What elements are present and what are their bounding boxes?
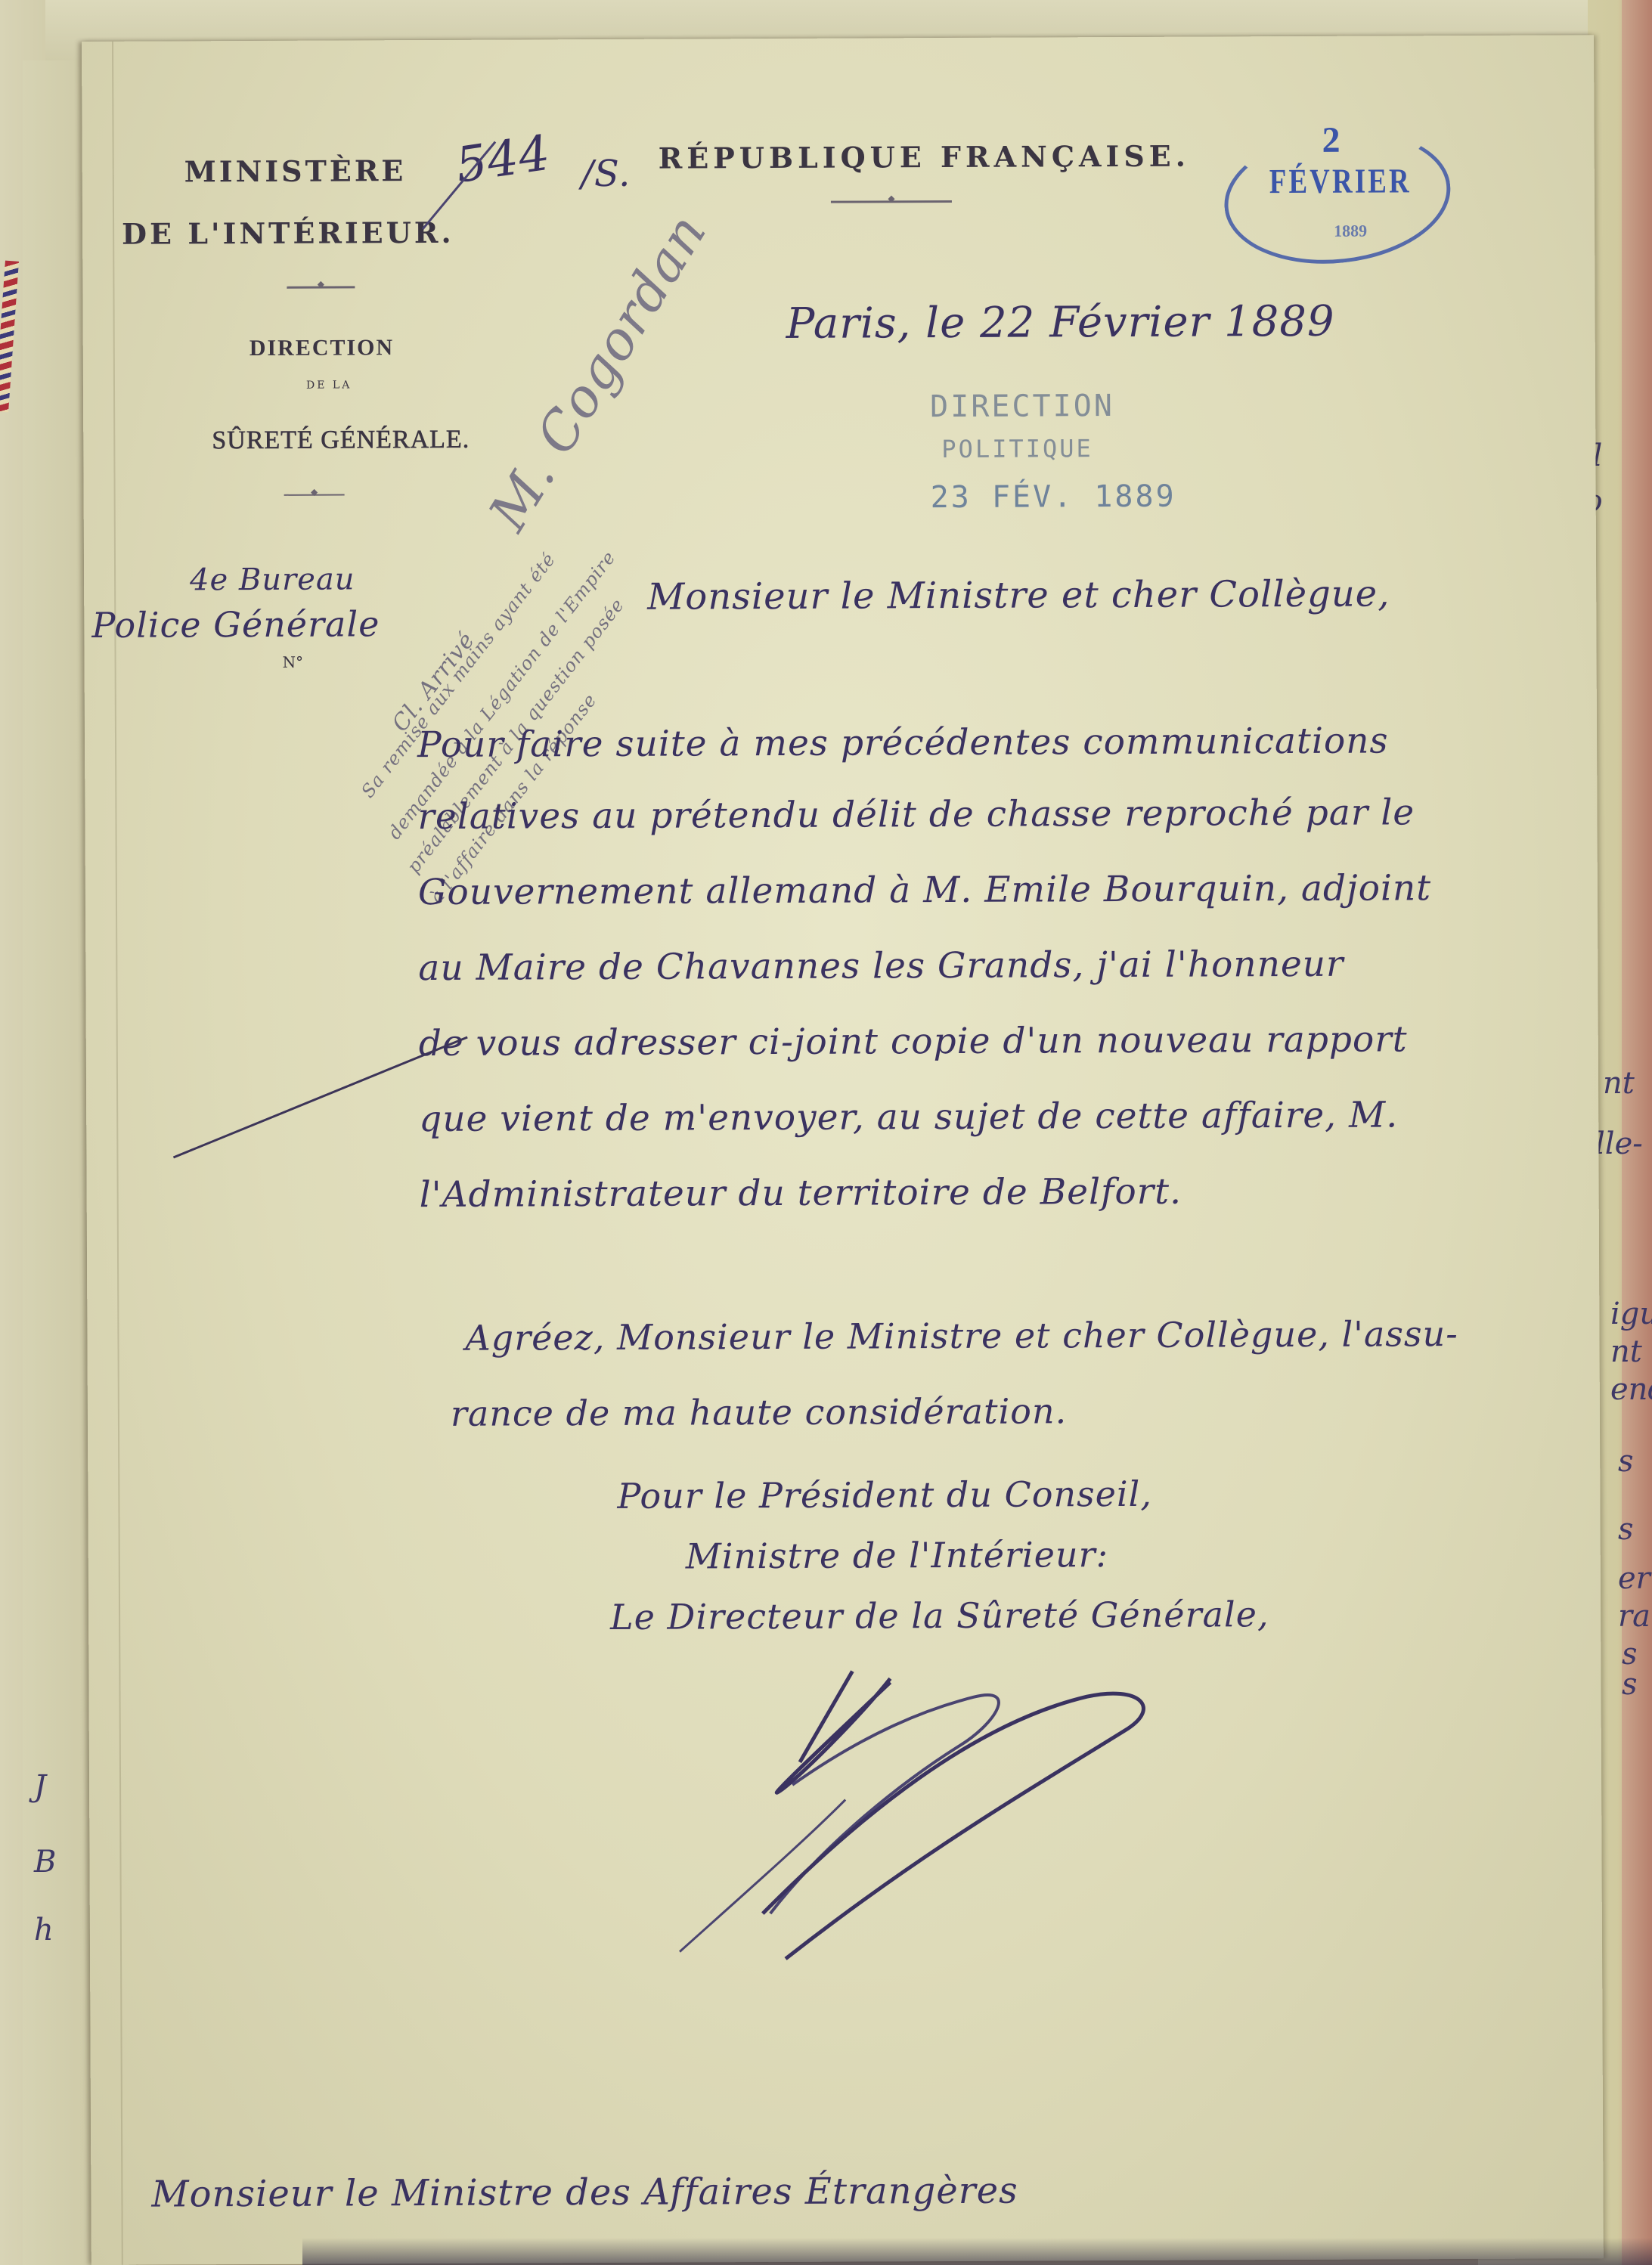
fragment: s (1618, 1444, 1634, 1479)
direction-politique-stamp-line2: POLITIQUE (941, 434, 1093, 463)
letterhead-surete: SÛRETÉ GÉNÉRALE. (212, 426, 470, 455)
signature-block-line: Pour le Président du Conseil, (617, 1473, 1152, 1517)
fragment: s (1622, 1667, 1638, 1702)
letterhead-rule-2 (284, 494, 345, 495)
letterhead-direction: DIRECTION (250, 335, 395, 361)
fragment: nt (1610, 1334, 1642, 1369)
direction-politique-stamp-line1: DIRECTION (930, 389, 1114, 424)
fragment: J (34, 1769, 46, 1804)
closing-line: rance de ma haute considération. (451, 1390, 1067, 1434)
fragment: nt (1603, 1066, 1635, 1101)
fragment: end (1610, 1372, 1652, 1407)
pencil-name-annotation: M. Cogordan (477, 203, 719, 541)
letterhead-de-la: DE LA (306, 379, 352, 391)
number-label: N° (283, 653, 304, 671)
body-line: que vient de m'envoyer, au sujet de cett… (419, 1094, 1398, 1140)
body-line: l'Administrateur du territoire de Belfor… (420, 1171, 1182, 1216)
letter-page: MINISTÈRE DE L'INTÉRIEUR. RÉPUBLIQUE FRA… (82, 35, 1604, 2265)
body-line: au Maire de Chavannes les Grands, j'ai l… (418, 943, 1344, 989)
fragment: h (34, 1913, 54, 1947)
received-stamp-day: 2 (1322, 119, 1340, 161)
dateline: Paris, le 22 Février 1889 (786, 297, 1334, 349)
body-line: relatives au prétendu délit de chasse re… (417, 792, 1415, 838)
closing-line: Agréez, Monsieur le Ministre et cher Col… (465, 1313, 1458, 1359)
salutation: Monsieur le Ministre et cher Collègue, (647, 572, 1390, 618)
reference-mark: /S. (581, 153, 631, 195)
signature-block-line: Ministre de l'Intérieur: (686, 1534, 1109, 1576)
body-line: Pour faire suite à mes précédentes commu… (417, 720, 1389, 766)
fragment: B (34, 1845, 56, 1879)
fragment: ra (1618, 1599, 1650, 1634)
signature-flourish (671, 1661, 1428, 1981)
page-bottom-shadow (302, 2238, 1652, 2265)
margin-stroke (173, 1036, 468, 1159)
letterhead-ministry: MINISTÈRE (184, 153, 407, 188)
fold-line (112, 42, 123, 2265)
letterhead-rule (287, 286, 355, 288)
direction-politique-stamp-date: 23 FÉV. 1889 (931, 479, 1176, 515)
body-line: Gouvernement allemand à M. Emile Bourqui… (418, 867, 1431, 913)
letterhead-rule-right (831, 200, 952, 203)
fragment: igu (1610, 1297, 1652, 1331)
fragment: er (1618, 1561, 1650, 1596)
letterhead-interior: DE L'INTÉRIEUR. (122, 215, 454, 251)
signature-block-line: Le Directeur de la Sûreté Générale, (610, 1594, 1269, 1638)
body-line: de vous adresser ci-joint copie d'un nou… (419, 1018, 1408, 1064)
received-stamp-year: 1889 (1334, 222, 1367, 241)
received-stamp-month: FÉVRIER (1269, 160, 1412, 201)
addressee-line: Monsieur le Ministre des Affaires Étrang… (151, 2170, 1018, 2216)
file-number: 544 (452, 125, 553, 194)
fragment: lle- (1595, 1126, 1643, 1161)
bureau-label: 4e Bureau (190, 562, 355, 597)
fragment: s (1618, 1512, 1634, 1547)
service-label: Police Générale (91, 603, 380, 646)
letterhead-republic: RÉPUBLIQUE FRANÇAISE. (659, 139, 1190, 175)
